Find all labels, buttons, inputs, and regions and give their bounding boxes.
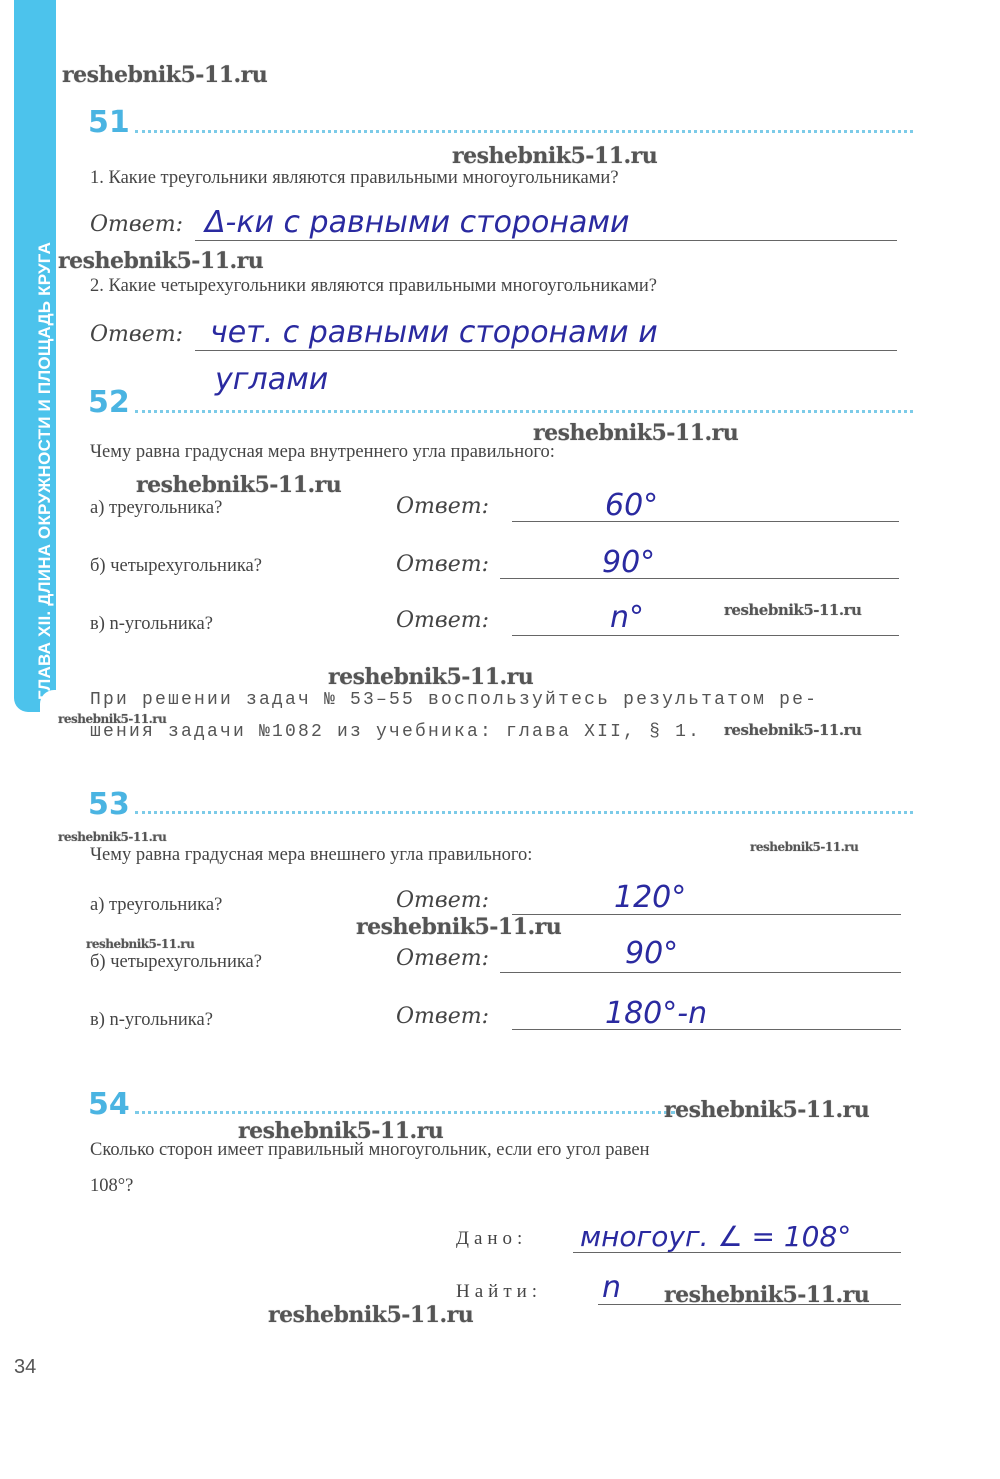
- handwritten-answer-52-b: 90°: [602, 545, 655, 580]
- task-divider: [135, 1111, 675, 1114]
- answer-line: [195, 350, 897, 351]
- handwritten-answer-51-1: Δ-ки с равными сторонами: [205, 205, 629, 240]
- answer-line: [195, 240, 897, 241]
- task-divider: [135, 811, 913, 814]
- handwritten-answer-53-a: 120°: [614, 880, 686, 915]
- watermark: reshebnik5-11.ru: [664, 1097, 869, 1123]
- handwritten-answer-52-c: n°: [610, 600, 644, 635]
- answer-line: [500, 972, 901, 973]
- note-line-1: При решении задач № 53–55 воспользуйтесь…: [90, 690, 818, 710]
- answer-label: Ответ:: [90, 212, 183, 237]
- handwritten-answer-53-b: 90°: [625, 936, 678, 971]
- task-number-53: 53: [88, 790, 130, 820]
- given-label: Дано:: [456, 1228, 527, 1250]
- watermark: reshebnik5-11.ru: [724, 721, 861, 739]
- watermark: reshebnik5-11.ru: [58, 248, 263, 274]
- task-number-54: 54: [88, 1090, 130, 1120]
- task-number-51: 51: [88, 108, 130, 138]
- item-label: б) четырехугольника?: [90, 556, 262, 577]
- handwritten-answer-51-2-line2: углами: [215, 362, 328, 397]
- task-divider: [135, 130, 913, 133]
- watermark: reshebnik5-11.ru: [750, 840, 858, 854]
- watermark: reshebnik5-11.ru: [62, 62, 267, 88]
- task-number-52: 52: [88, 388, 130, 418]
- question-51-2: 2. Какие четырехугольники являются прави…: [90, 276, 657, 297]
- question-51-1: 1. Какие треугольники являются правильны…: [90, 168, 619, 189]
- chapter-title: ГЛАВА XII. ДЛИНА ОКРУЖНОСТИ И ПЛОЩАДЬ КР…: [35, 120, 55, 700]
- watermark: reshebnik5-11.ru: [533, 420, 738, 446]
- answer-label: Ответ:: [396, 608, 489, 633]
- item-label: а) треугольника?: [90, 498, 222, 519]
- handwritten-answer-53-c: 180°-n: [605, 996, 707, 1031]
- find-label: Найти:: [456, 1281, 542, 1303]
- item-label: в) n-угольника?: [90, 614, 213, 635]
- handwritten-given: многоуг. ∠ = 108°: [580, 1220, 851, 1253]
- answer-line: [512, 521, 899, 522]
- answer-label: Ответ:: [396, 494, 489, 519]
- question-54-line1: Сколько сторон имеет правильный многоуго…: [90, 1140, 650, 1161]
- question-54-line2: 108°?: [90, 1176, 133, 1197]
- answer-label: Ответ:: [90, 322, 183, 347]
- answer-label: Ответ:: [396, 1004, 489, 1029]
- answer-line: [500, 578, 899, 579]
- watermark: reshebnik5-11.ru: [136, 472, 341, 498]
- watermark: reshebnik5-11.ru: [86, 937, 194, 951]
- handwritten-answer-52-a: 60°: [605, 488, 658, 523]
- watermark: reshebnik5-11.ru: [724, 601, 861, 619]
- answer-label: Ответ:: [396, 888, 489, 913]
- item-label: в) n-угольника?: [90, 1010, 213, 1031]
- watermark: reshebnik5-11.ru: [664, 1282, 869, 1308]
- task-divider: [135, 410, 913, 413]
- answer-line: [512, 914, 901, 915]
- watermark: reshebnik5-11.ru: [452, 143, 657, 169]
- page-number: 34: [14, 1356, 36, 1379]
- handwritten-answer-51-2-line1: чет. с равными сторонами и: [210, 315, 658, 350]
- watermark: reshebnik5-11.ru: [58, 830, 166, 844]
- answer-label: Ответ:: [396, 552, 489, 577]
- item-label: а) треугольника?: [90, 895, 222, 916]
- watermark: reshebnik5-11.ru: [328, 664, 533, 690]
- handwritten-find: n: [602, 1270, 621, 1305]
- answer-label: Ответ:: [396, 946, 489, 971]
- question-52: Чему равна градусная мера внутреннего уг…: [90, 442, 555, 463]
- answer-line: [512, 635, 899, 636]
- watermark: reshebnik5-11.ru: [268, 1302, 473, 1328]
- question-53: Чему равна градусная мера внешнего угла …: [90, 845, 532, 866]
- watermark: reshebnik5-11.ru: [356, 914, 561, 940]
- note-line-2: шения задачи №1082 из учебника: глава XI…: [90, 722, 701, 742]
- item-label: б) четырехугольника?: [90, 952, 262, 973]
